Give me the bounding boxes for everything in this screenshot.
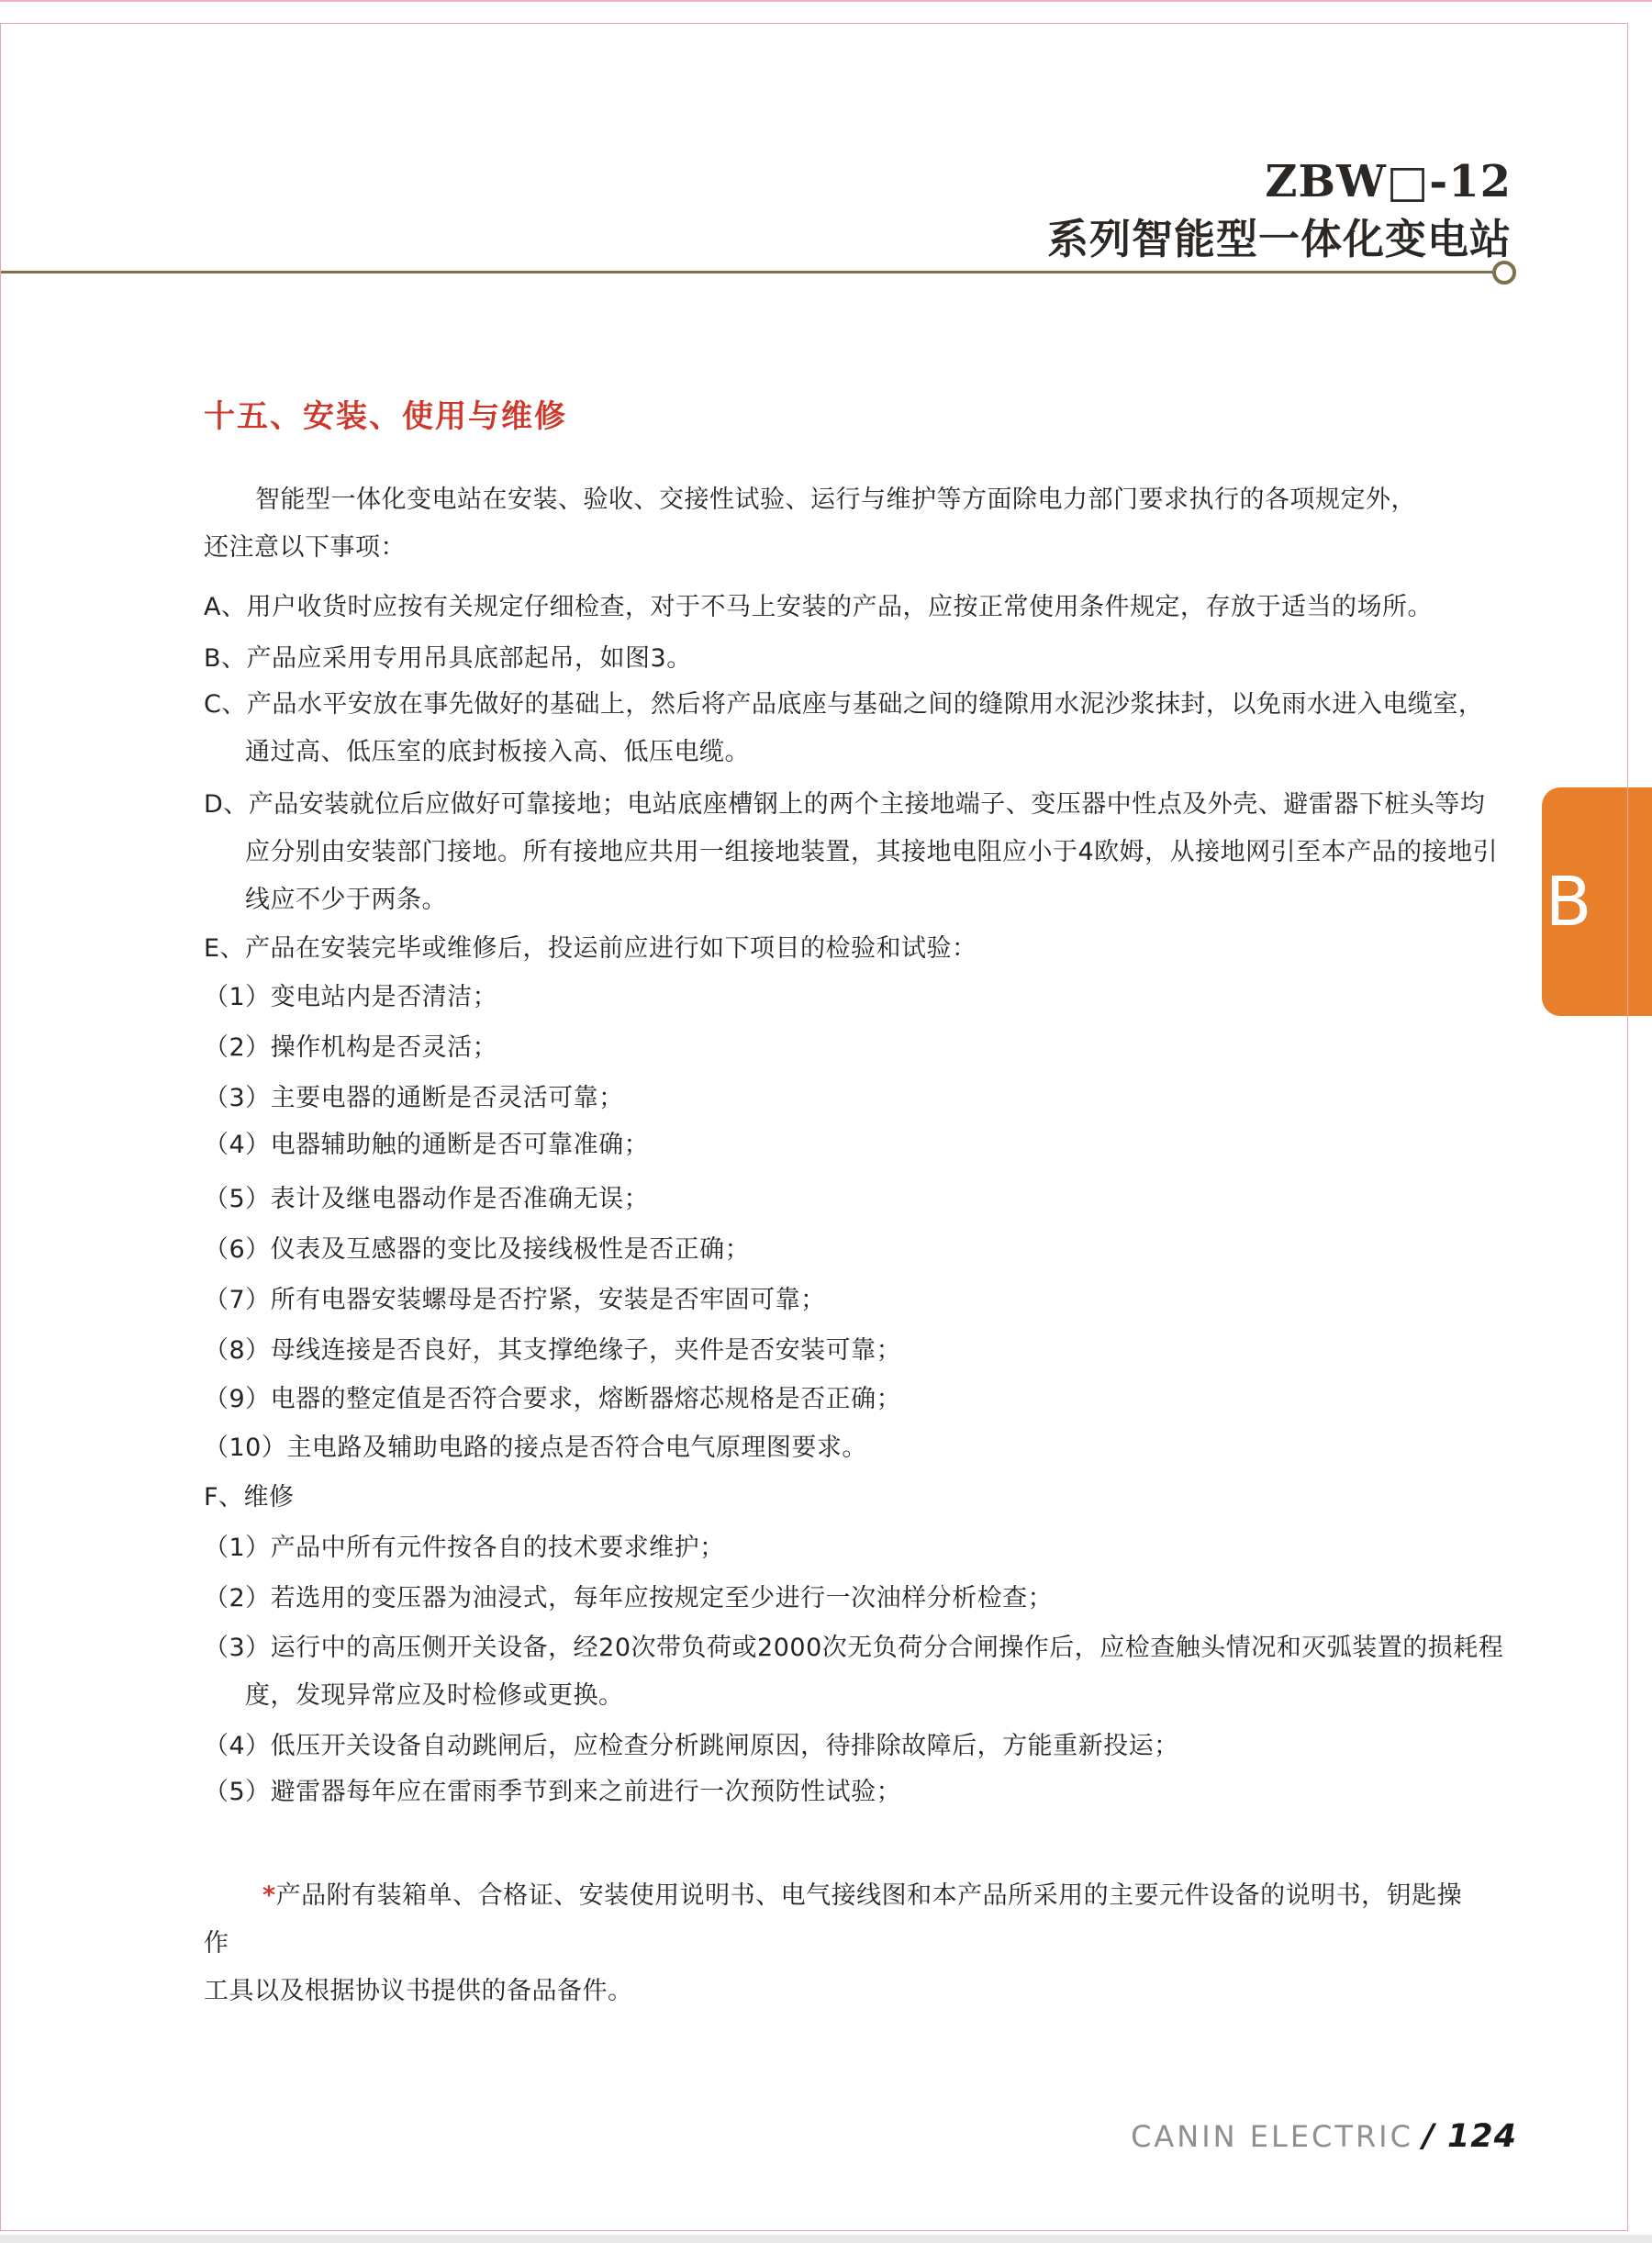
page-border-frame [0, 23, 1628, 2231]
top-edge-line [0, 0, 1652, 2]
bottom-gray-band [0, 2235, 1652, 2243]
